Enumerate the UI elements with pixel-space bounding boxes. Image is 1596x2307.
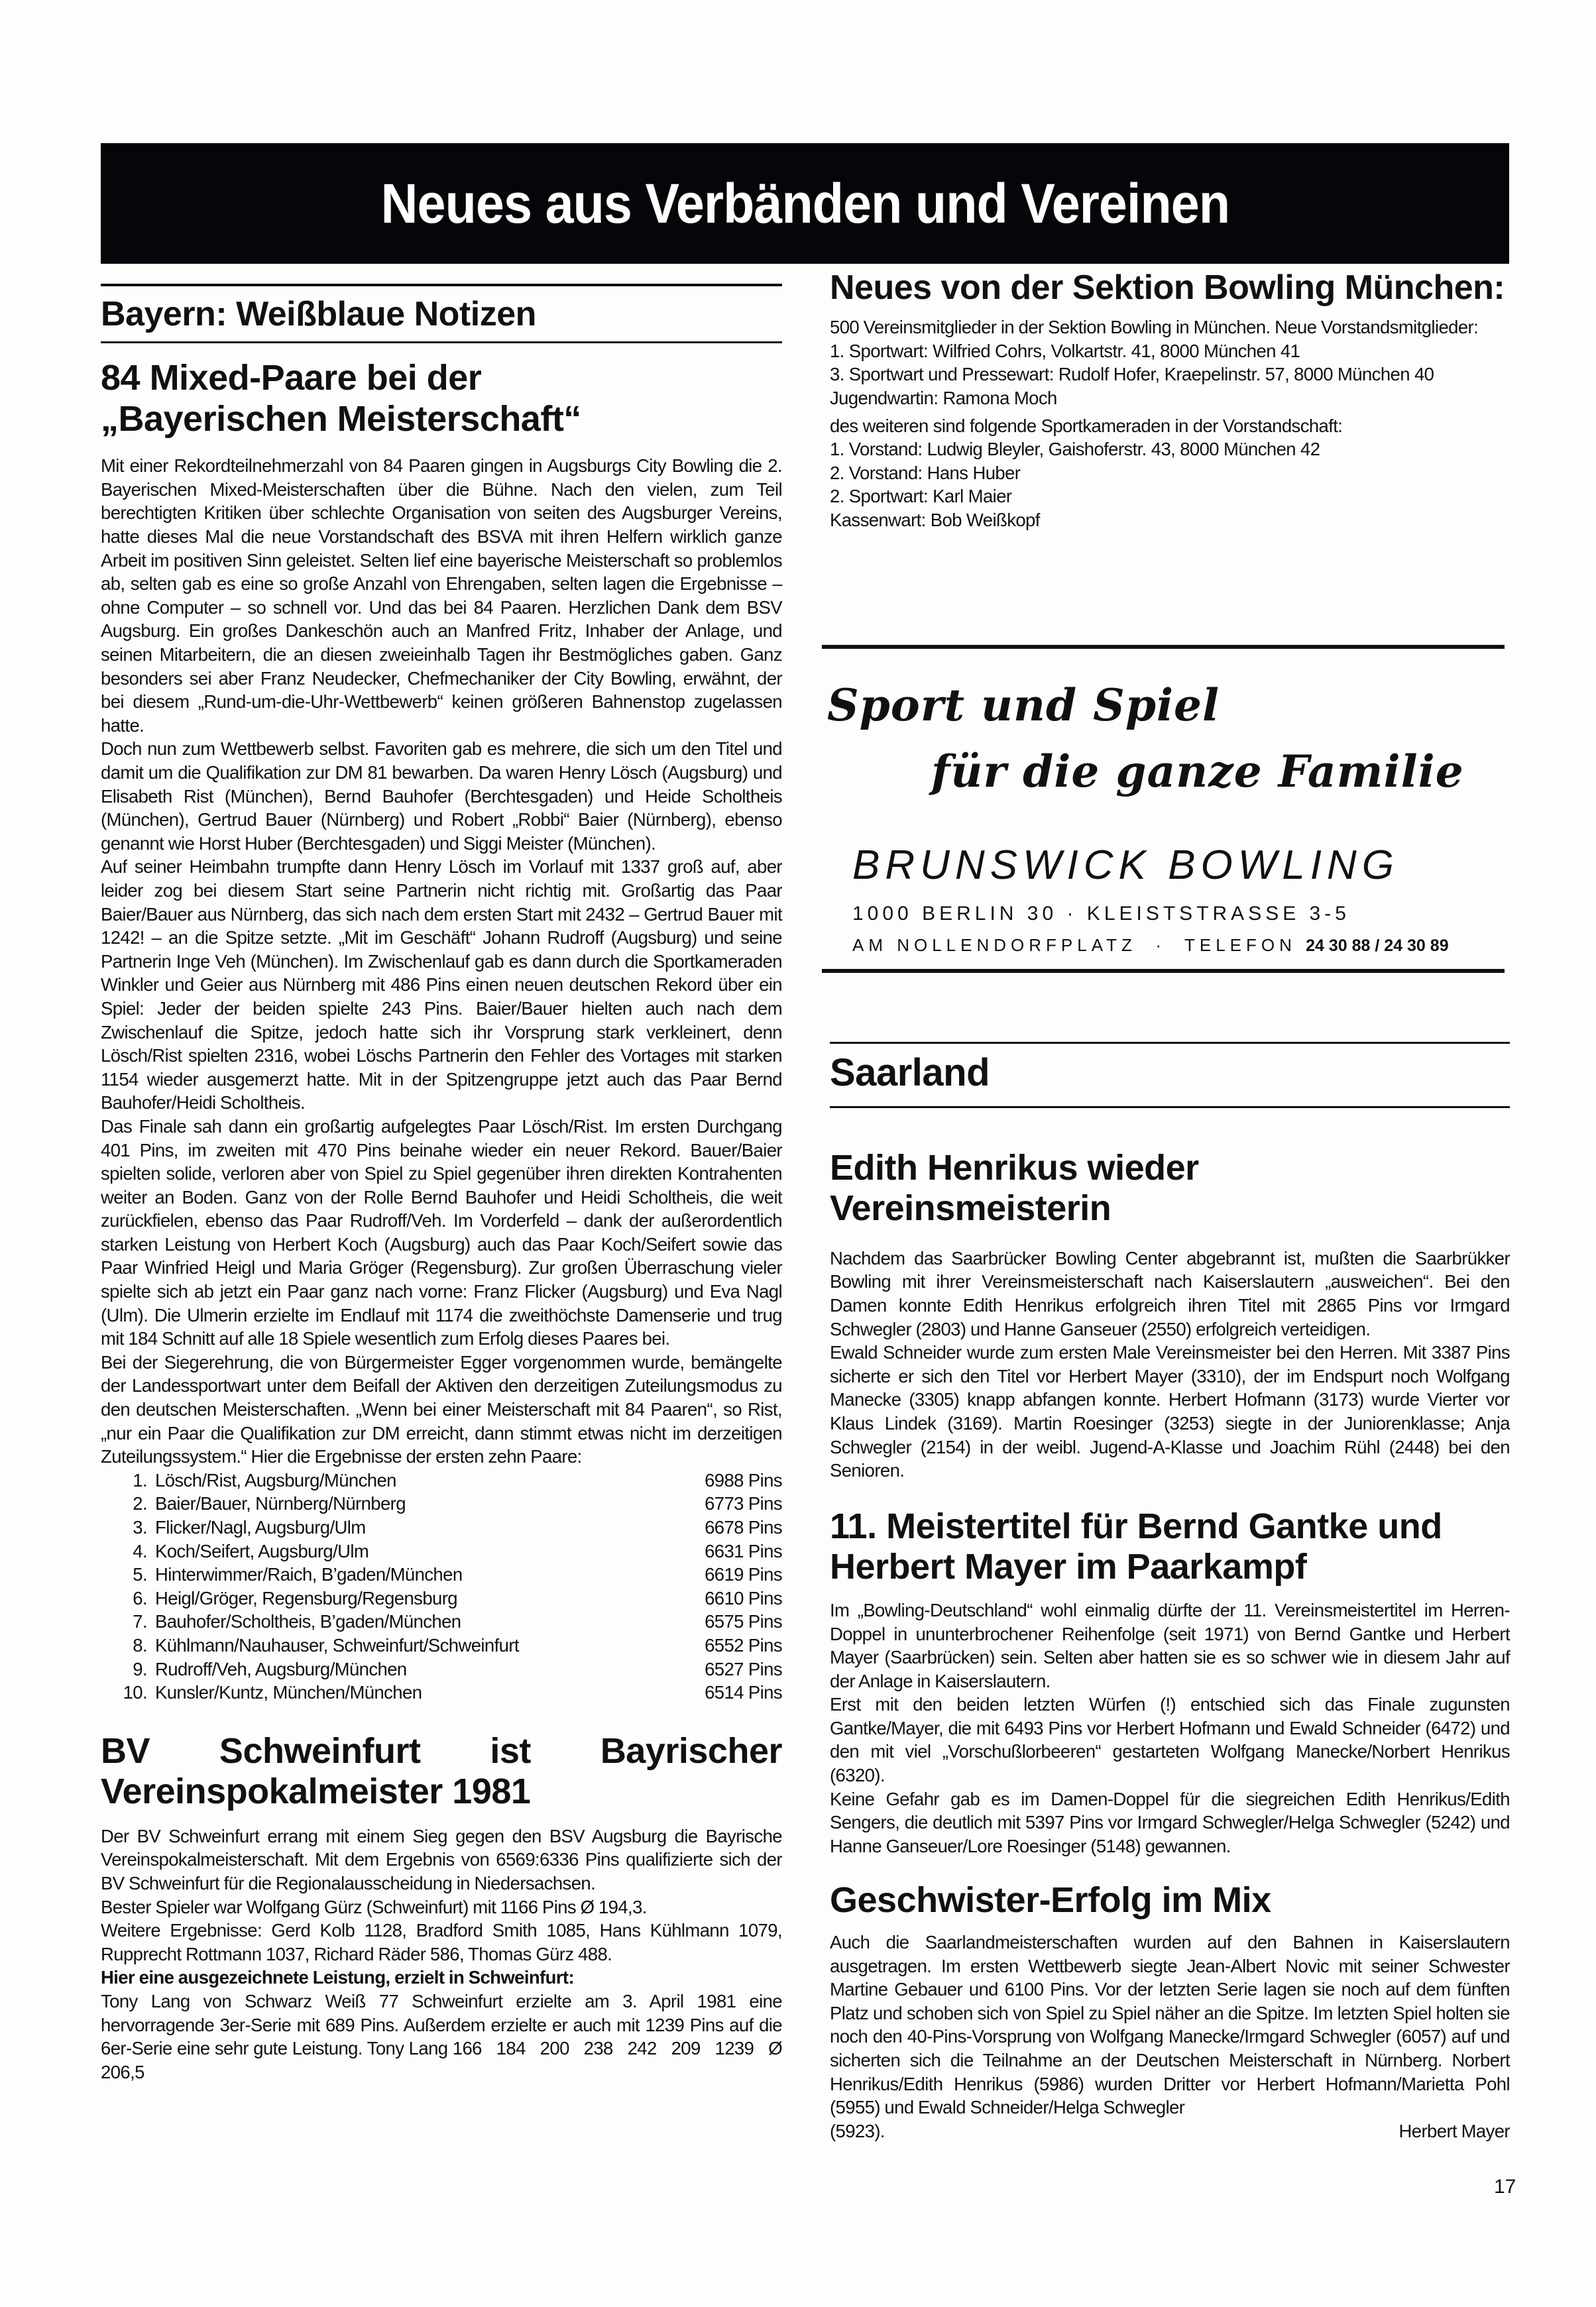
results-table: 1.Lösch/Rist, Augsburg/München6988 Pins … — [101, 1469, 782, 1705]
right-column-top: Neues von der Sektion Bowling München: 5… — [830, 268, 1510, 532]
paragraph: Auch die Saarlandmeisterschaften wurden … — [830, 1931, 1510, 2119]
ad-contact: AM NOLLENDORFPLATZ · TELEFON 24 30 88 / … — [852, 935, 1449, 956]
right-column-saarland: Saarland Edith Henrikus wieder Vereinsme… — [830, 1042, 1510, 2143]
result-pins: 6610 Pins — [705, 1587, 782, 1610]
result-pins: 6527 Pins — [705, 1658, 782, 1681]
result-pair: Kunsler/Kuntz, München/München — [155, 1682, 422, 1703]
paragraph: Bester Spieler war Wolfgang Gürz (Schwei… — [101, 1895, 782, 1919]
result-pins: 6552 Pins — [705, 1634, 782, 1658]
result-pins: 6575 Pins — [705, 1610, 782, 1634]
result-rank: 2. — [101, 1492, 155, 1516]
article-mixed-meisterschaft: 84 Mixed-Paare bei der „Bayerischen Meis… — [101, 358, 782, 1705]
result-pair: Flicker/Nagl, Augsburg/Ulm — [155, 1517, 366, 1538]
paragraph: Nachdem das Saarbrücker Bowling Center a… — [830, 1247, 1510, 1341]
result-pair: Heigl/Gröger, Regensburg/Regensburg — [155, 1588, 457, 1608]
result-row: 5.Hinterwimmer/Raich, B’gaden/München661… — [101, 1563, 782, 1587]
board-list: des weiteren sind folgende Sportkamerade… — [830, 414, 1510, 532]
article-geschwister-erfolg: Geschwister-Erfolg im Mix Auch die Saarl… — [830, 1880, 1510, 2143]
member-line: 2. Vorstand: Hans Huber — [830, 461, 1510, 485]
result-pins: 6678 Pins — [705, 1516, 782, 1540]
article-headline: 11. Meistertitel für Bernd Gantke und He… — [830, 1506, 1510, 1588]
member-line: Jugendwartin: Ramona Moch — [830, 386, 1510, 410]
paragraph: Das Finale sah dann ein großartig aufgel… — [101, 1115, 782, 1351]
ad-slogan-line: Sport und Spiel — [827, 679, 1220, 731]
ad-location-label: AM NOLLENDORFPLATZ · TELEFON — [852, 935, 1306, 955]
article-headline: BV Schweinfurt ist Bayrischer Vereinspok… — [101, 1731, 782, 1813]
headline-line: Vereinsmeisterin — [830, 1188, 1111, 1228]
headline-line: „Bayerischen Meisterschaft“ — [101, 399, 581, 439]
member-line: 3. Sportwart und Pressewart: Rudolf Hofe… — [830, 363, 1510, 386]
paragraph: 500 Vereinsmitglieder in der Sektion Bow… — [830, 315, 1510, 339]
paragraph: Mit einer Rekordteilnehmerzahl von 84 Pa… — [101, 454, 782, 737]
result-pair: Baier/Bauer, Nürnberg/Nürnberg — [155, 1493, 406, 1514]
result-row: 8.Kühlmann/Nauhauser, Schweinfurt/Schwei… — [101, 1634, 782, 1658]
result-rank: 8. — [101, 1634, 155, 1658]
ad-phone: 24 30 88 / 24 30 89 — [1306, 936, 1448, 955]
paragraph-end: (5923). — [830, 2119, 885, 2143]
section-title-bayern: Bayern: Weißblaue Notizen — [101, 296, 782, 333]
headline-line: Vereinspokalmeister 1981 — [101, 1772, 530, 1811]
result-pair: Kühlmann/Nauhauser, Schweinfurt/Schweinf… — [155, 1635, 519, 1656]
article-body: Der BV Schweinfurt errang mit einem Sieg… — [101, 1825, 782, 2084]
ad-divider — [822, 645, 1505, 649]
result-pins: 6631 Pins — [705, 1540, 782, 1563]
result-pins: 6619 Pins — [705, 1563, 782, 1587]
article-meistertitel: 11. Meistertitel für Bernd Gantke und He… — [830, 1506, 1510, 1858]
section-divider — [101, 341, 782, 343]
section-title-saarland: Saarland — [830, 1052, 1510, 1094]
result-row: 7.Bauhofer/Scholtheis, B’gaden/München65… — [101, 1610, 782, 1634]
paragraph: Keine Gefahr gab es im Damen-Doppel für … — [830, 1787, 1510, 1858]
paragraph: Im „Bowling-Deutschland“ wohl einmalig d… — [830, 1599, 1510, 1693]
paragraph: Erst mit den beiden letzten Würfen (!) e… — [830, 1693, 1510, 1787]
article-body: Mit einer Rekordteilnehmerzahl von 84 Pa… — [101, 454, 782, 1469]
result-rank: 5. — [101, 1563, 155, 1587]
ad-address: 1000 BERLIN 30 · KLEISTSTRASSE 3-5 — [852, 903, 1350, 925]
headline-line: Edith Henrikus wieder — [830, 1148, 1199, 1188]
result-row: 1.Lösch/Rist, Augsburg/München6988 Pins — [101, 1469, 782, 1492]
article-signature-row: (5923). Herbert Mayer — [830, 2119, 1510, 2143]
result-rank: 4. — [101, 1540, 155, 1563]
article-body: 500 Vereinsmitglieder in der Sektion Bow… — [830, 315, 1510, 339]
result-row: 3.Flicker/Nagl, Augsburg/Ulm6678 Pins — [101, 1516, 782, 1540]
member-line: 1. Sportwart: Wilfried Cohrs, Volkartstr… — [830, 339, 1510, 363]
section-divider — [830, 1106, 1510, 1108]
member-line: 2. Sportwart: Karl Maier — [830, 484, 1510, 508]
paragraph: Auf seiner Heimbahn trumpfte dann Henry … — [101, 855, 782, 1115]
result-pair: Bauhofer/Scholtheis, B’gaden/München — [155, 1611, 461, 1632]
result-pins: 6773 Pins — [705, 1492, 782, 1516]
headline-line: Herbert Mayer im Paarkampf — [830, 1547, 1306, 1587]
headline-line: 11. Meistertitel für Bernd Gantke und — [830, 1506, 1442, 1546]
author-byline: Herbert Mayer — [1399, 2119, 1510, 2143]
paragraph: Der BV Schweinfurt errang mit einem Sieg… — [101, 1825, 782, 1895]
paragraph: Doch nun zum Wettbewerb selbst. Favorite… — [101, 737, 782, 855]
brunswick-advertisement: Sport und Spiel für die ganze Familie BR… — [822, 640, 1511, 978]
article-bv-schweinfurt: BV Schweinfurt ist Bayrischer Vereinspok… — [101, 1731, 782, 2084]
result-rank: 1. — [101, 1469, 155, 1492]
result-row: 6.Heigl/Gröger, Regensburg/Regensburg661… — [101, 1587, 782, 1610]
article-headline: Geschwister-Erfolg im Mix — [830, 1880, 1510, 1921]
result-rank: 3. — [101, 1516, 155, 1540]
result-rank: 10. — [101, 1681, 155, 1705]
result-row: 9.Rudroff/Veh, Augsburg/München6527 Pins — [101, 1658, 782, 1681]
board-intro: des weiteren sind folgende Sportkamerade… — [830, 414, 1510, 438]
result-pair: Rudroff/Veh, Augsburg/München — [155, 1659, 407, 1679]
result-rank: 7. — [101, 1610, 155, 1634]
article-headline: Edith Henrikus wieder Vereinsmeisterin — [830, 1148, 1510, 1229]
result-pair: Lösch/Rist, Augsburg/München — [155, 1470, 396, 1491]
result-row: 10.Kunsler/Kuntz, München/München6514 Pi… — [101, 1681, 782, 1705]
result-row: 4.Koch/Seifert, Augsburg/Ulm6631 Pins — [101, 1540, 782, 1563]
member-line: Kassenwart: Bob Weißkopf — [830, 508, 1510, 532]
highlight-line: Hier eine ausgezeichnete Leistung, erzie… — [101, 1966, 782, 1990]
member-line: 1. Vorstand: Ludwig Bleyler, Gaishoferst… — [830, 437, 1510, 461]
banner-title: Neues aus Verbänden und Vereinen — [380, 172, 1229, 236]
new-board-members: 1. Sportwart: Wilfried Cohrs, Volkartstr… — [830, 339, 1510, 410]
page-number: 17 — [1494, 2176, 1516, 2198]
section-divider — [101, 284, 782, 286]
paragraph: Tony Lang von Schwarz Weiß 77 Schweinfur… — [101, 1990, 782, 2084]
article-headline-muenchen: Neues von der Sektion Bowling München: — [830, 268, 1510, 308]
ad-brand-name: BRUNSWICK BOWLING — [852, 842, 1399, 889]
headline-line: 84 Mixed-Paare bei der — [101, 358, 481, 398]
headline-line: BV Schweinfurt ist Bayrischer — [101, 1731, 782, 1772]
article-headline: 84 Mixed-Paare bei der „Bayerischen Meis… — [101, 358, 782, 439]
left-column: Bayern: Weißblaue Notizen 84 Mixed-Paare… — [101, 278, 782, 2084]
paragraph: Ewald Schneider wurde zum ersten Male Ve… — [830, 1341, 1510, 1483]
section-divider — [830, 1042, 1510, 1044]
result-rank: 9. — [101, 1658, 155, 1681]
article-body: Auch die Saarlandmeisterschaften wurden … — [830, 1931, 1510, 2143]
article-body: Im „Bowling-Deutschland“ wohl einmalig d… — [830, 1599, 1510, 1858]
ad-divider — [822, 969, 1505, 973]
result-row: 2.Baier/Bauer, Nürnberg/Nürnberg6773 Pin… — [101, 1492, 782, 1516]
paragraph: Weitere Ergebnisse: Gerd Kolb 1128, Brad… — [101, 1919, 782, 1966]
page-banner: Neues aus Verbänden und Vereinen — [101, 143, 1509, 264]
paragraph: Bei der Siegerehrung, die von Bürgermeis… — [101, 1351, 782, 1469]
article-edith-henrikus: Edith Henrikus wieder Vereinsmeisterin N… — [830, 1148, 1510, 1483]
result-pins: 6514 Pins — [705, 1681, 782, 1705]
article-body: Nachdem das Saarbrücker Bowling Center a… — [830, 1247, 1510, 1483]
result-rank: 6. — [101, 1587, 155, 1610]
result-pair: Koch/Seifert, Augsburg/Ulm — [155, 1541, 369, 1561]
result-pins: 6988 Pins — [705, 1469, 782, 1492]
result-pair: Hinterwimmer/Raich, B’gaden/München — [155, 1564, 463, 1585]
ad-slogan-line: für die ganze Familie — [931, 746, 1464, 797]
